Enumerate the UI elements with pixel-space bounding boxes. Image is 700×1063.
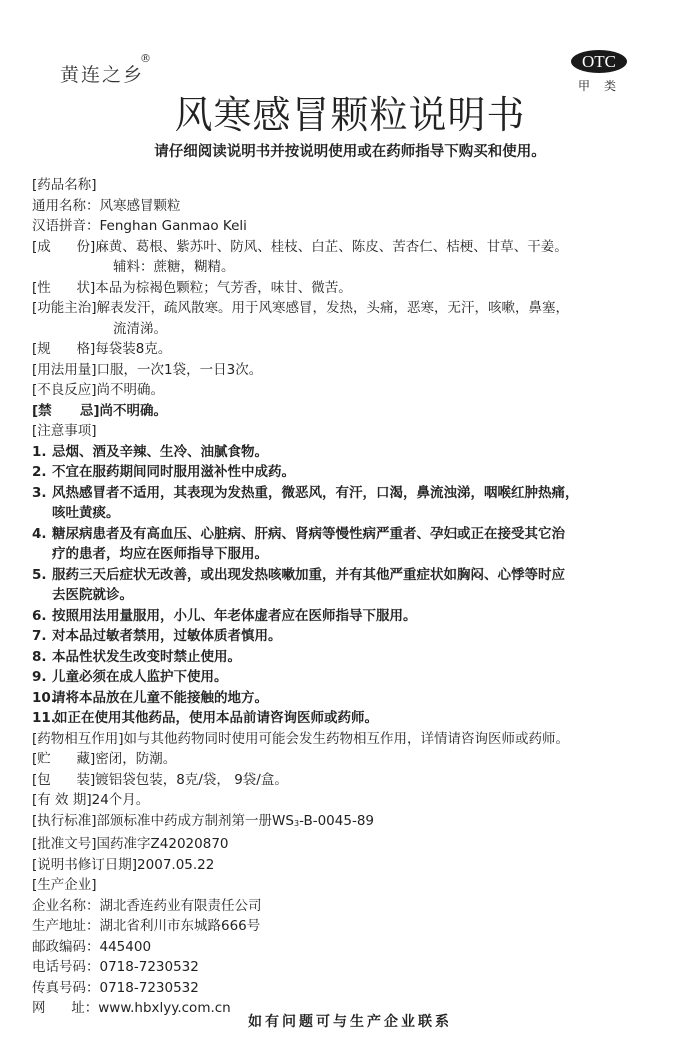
registered-mark-icon: ® [140,52,151,65]
pinyin-value: Fenghan Ganmao Keli [100,218,247,234]
standard-value: 部颁标准中药成方制剂第一册WS [97,813,294,829]
properties-row: [性 状]本品为棕褐色颗粒；气芳香，味甘、微苦。 [32,278,682,299]
ingredients-label: [成 份] [32,237,95,258]
brand-logo: 黄连之乡 ® [60,60,144,87]
otc-badge: OTC [571,50,627,73]
specification-label: [规 格] [32,339,95,360]
interactions-row: [药物相互作用]如与其他药物同时使用可能会发生药物相互作用，详情请咨询医师或药师… [32,729,682,750]
brand-logo-text: 黄连之乡 [60,64,144,86]
indications-row: [功能主治]解表发汗，疏风散寒。用于风寒感冒，发热，头痛，恶寒，无汗，咳嗽，鼻塞… [32,298,682,319]
precaution-item: 11.如正在使用其他药品，使用本品前请咨询医师或药师。 [32,708,682,729]
section-drug-name: [药品名称] [32,175,682,196]
storage-row: [贮 藏]密闭，防潮。 [32,749,682,770]
revision-date-row: [说明书修订日期]2007.05.22 [32,855,682,876]
package-value: 镀铝袋包装，8克/袋， 9袋/盒。 [95,772,288,788]
section-manufacturer: [生产企业] [32,875,682,896]
storage-value: 密闭，防潮。 [95,751,176,767]
fax-row: 传真号码：0718-7230532 [32,978,682,999]
manufacturer-name-row: 企业名称：湖北香连药业有限责任公司 [32,896,682,917]
properties-label: [性 状] [32,278,95,299]
contraindications-label: [禁 忌] [32,401,100,422]
dosage-value: 口服，一次1袋，一日3次。 [97,362,263,378]
manufacturer-address-row: 生产地址：湖北省利川市东城路666号 [32,916,682,937]
generic-name-row: 通用名称：风寒感冒颗粒 [32,196,682,217]
standard-row: [执行标准]部颁标准中药成方制剂第一册WS3-B-0045-89 [32,811,682,835]
approval-value: 国药准字Z42020870 [97,836,229,852]
precaution-item: 3.风热感冒者不适用，其表现为发热重，微恶风，有汗，口渴，鼻流浊涕，咽喉红肿热痛… [32,483,682,504]
interactions-value: 如与其他药物同时使用可能会发生药物相互作用，详情请咨询医师或药师。 [124,731,570,747]
dosage-row: [用法用量]口服，一次1袋，一日3次。 [32,360,682,381]
ingredients-value: 麻黄、葛根、紫苏叶、防风、桂枝、白芷、陈皮、苦杏仁、桔梗、甘草、干姜。 [95,239,568,255]
adverse-reactions-row: [不良反应]尚不明确。 [32,380,682,401]
revision-date-value: 2007.05.22 [137,857,214,873]
adverse-reactions-label: [不良反应] [32,380,97,401]
precaution-item-cont: 咳吐黄痰。 [32,503,682,524]
package-label: [包 装] [32,770,95,791]
precaution-item: 10.请将本品放在儿童不能接触的地方。 [32,688,682,709]
postal-code-row: 邮政编码：445400 [32,937,682,958]
leaflet-body: [药品名称] 通用名称：风寒感冒颗粒 汉语拼音：Fenghan Ganmao K… [32,175,682,1019]
generic-name-value: 风寒感冒颗粒 [100,198,181,214]
precaution-item-cont: 去医院就诊。 [32,585,682,606]
revision-date-label: [说明书修订日期] [32,855,137,876]
validity-label: [有 效 期] [32,790,92,811]
contraindications-row: [禁 忌]尚不明确。 [32,401,682,422]
document-subtitle: 请仔细阅读说明书并按说明使用或在药师指导下购买和使用。 [0,142,700,162]
phone-row: 电话号码：0718-7230532 [32,957,682,978]
validity-value: 24个月。 [92,792,150,808]
precaution-item: 8.本品性状发生改变时禁止使用。 [32,647,682,668]
properties-value: 本品为棕褐色颗粒；气芳香，味甘、微苦。 [95,280,352,296]
indications-cont: 流清涕。 [32,319,682,340]
package-row: [包 装]镀铝袋包装，8克/袋， 9袋/盒。 [32,770,682,791]
precaution-item: 6.按照用法用量服用，小儿、年老体虚者应在医师指导下服用。 [32,606,682,627]
standard-value-suffix: -B-0045-89 [299,813,374,829]
standard-label: [执行标准] [32,811,97,832]
indications-value: 解表发汗，疏风散寒。用于风寒感冒，发热，头痛，恶寒，无汗，咳嗽，鼻塞， [97,300,570,316]
validity-row: [有 效 期]24个月。 [32,790,682,811]
precaution-item: 9.儿童必须在成人监护下使用。 [32,667,682,688]
precaution-item: 7.对本品过敏者禁用，过敏体质者慎用。 [32,626,682,647]
indications-label: [功能主治] [32,298,97,319]
ingredients-row: [成 份]麻黄、葛根、紫苏叶、防风、桂枝、白芷、陈皮、苦杏仁、桔梗、甘草、干姜。 [32,237,682,258]
adverse-reactions-value: 尚不明确。 [97,382,165,398]
precaution-item: 4.糖尿病患者及有高血压、心脏病、肝病、肾病等慢性病严重者、孕妇或正在接受其它治 [32,524,682,545]
pinyin-row: 汉语拼音：Fenghan Ganmao Keli [32,216,682,237]
precaution-item: 1.忌烟、酒及辛辣、生冷、油腻食物。 [32,442,682,463]
precaution-item-cont: 疗的患者，均应在医师指导下服用。 [32,544,682,565]
contact-note: 如有问题可与生产企业联系 [0,1011,700,1031]
excipients-row: 辅料：蔗糖，糊精。 [32,257,682,278]
specification-value: 每袋装8克。 [95,341,171,357]
specification-row: [规 格]每袋装8克。 [32,339,682,360]
precaution-item: 5.服药三天后症状无改善，或出现发热咳嗽加重，并有其他严重症状如胸闷、心悸等时应 [32,565,682,586]
interactions-label: [药物相互作用] [32,729,124,750]
approval-label: [批准文号] [32,834,97,855]
section-precautions: [注意事项] [32,421,682,442]
pinyin-label: 汉语拼音： [32,218,100,234]
generic-name-label: 通用名称： [32,198,100,214]
precaution-item: 2.不宜在服药期间同时服用滋补性中成药。 [32,462,682,483]
dosage-label: [用法用量] [32,360,97,381]
storage-label: [贮 藏] [32,749,95,770]
document-title: 风寒感冒颗粒说明书 [0,92,700,138]
contraindications-value: 尚不明确。 [100,403,168,419]
approval-row: [批准文号]国药准字Z42020870 [32,834,682,855]
